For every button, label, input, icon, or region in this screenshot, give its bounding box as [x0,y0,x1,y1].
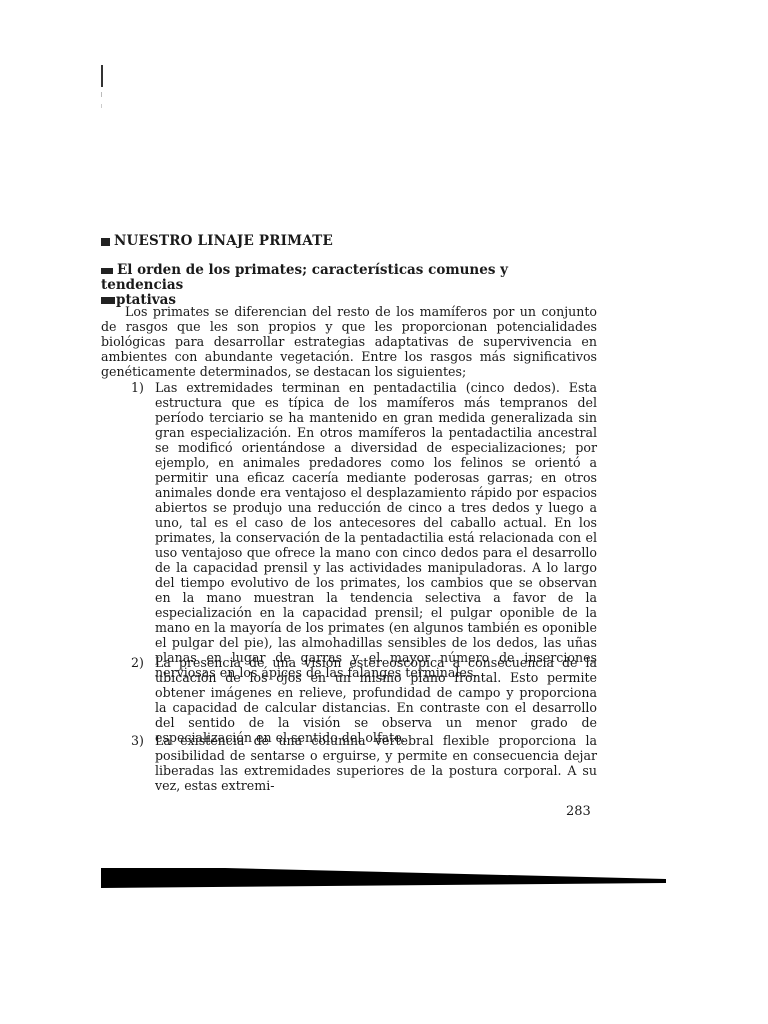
scan-artifact [101,297,115,304]
list-item-text: Las extremidades terminan en pentadactil… [155,380,597,680]
subsection-title-text: El orden de los primates; característica… [101,262,508,293]
section-title: NUESTRO LINAJE PRIMATE [101,233,333,249]
section-title-text: NUESTRO LINAJE PRIMATE [114,233,333,249]
list-item: 1) Las extremidades terminan en pentadac… [131,380,597,680]
scan-artifact [101,104,102,108]
scan-artifact [101,268,113,274]
scan-artifact [101,238,110,246]
scan-artifact [101,92,102,97]
page-number: 283 [566,804,591,819]
scan-artifact [101,65,103,87]
subsection-title: El orden de los primates; característica… [101,263,541,308]
list-item: 3) La existencia de una columna vertebra… [131,733,597,793]
list-item-number: 1) [131,380,144,395]
list-item-number: 3) [131,733,144,748]
intro-paragraph: Los primates se diferencian del resto de… [101,304,597,379]
list-item-text: La presencia de una visión estereoscópic… [155,655,597,745]
list-item: 2) La presencia de una visión estereoscó… [131,655,597,745]
list-item-number: 2) [131,655,144,670]
scan-edge-shadow [101,868,666,888]
list-item-text: La existencia de una columna vertebral f… [155,733,597,793]
